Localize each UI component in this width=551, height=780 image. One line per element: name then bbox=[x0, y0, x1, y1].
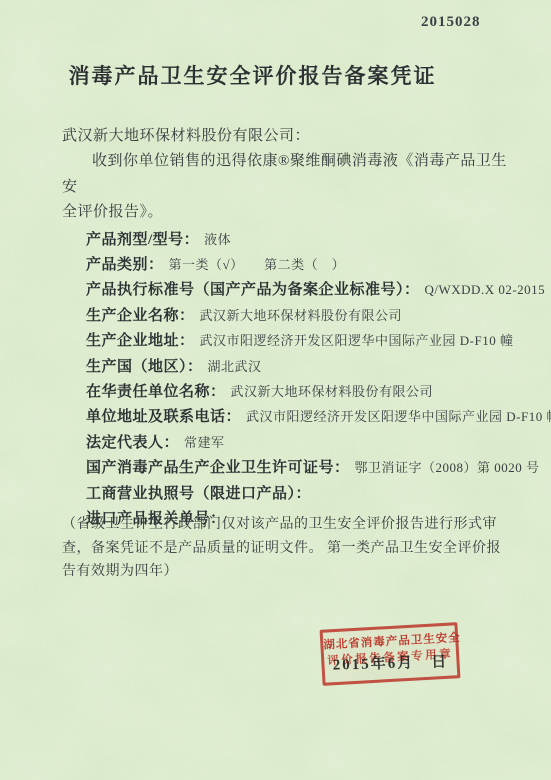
field-row-unit-address-phone: 单位地址及联系电话：武汉市阳逻经济开发区阳逻华中国际产业园 D-F10 幢 bbox=[86, 404, 508, 429]
field-value: 武汉新大地环保材料股份有限公司 bbox=[231, 384, 434, 399]
field-row-product-category: 产品类别：第一类（√） 第二类（ ） bbox=[86, 252, 508, 277]
field-value: 常建军 bbox=[184, 435, 225, 450]
document-number: 2015028 bbox=[421, 14, 481, 31]
field-label: 产品执行标准号（国产产品为备案企业标准号）： bbox=[86, 282, 420, 298]
page-title: 消毒产品卫生安全评价报告备案凭证 bbox=[0, 60, 505, 90]
certificate-content: 2015028 消毒产品卫生安全评价报告备案凭证 武汉新大地环保材料股份有限公司… bbox=[0, 0, 551, 780]
field-label: 法定代表人： bbox=[86, 435, 179, 451]
field-row-standard-number: 产品执行标准号（国产产品为备案企业标准号）：Q/WXDD.X 02-2015 bbox=[86, 277, 508, 302]
field-label: 单位地址及联系电话： bbox=[86, 409, 241, 425]
field-row-hygiene-license: 国产消毒产品生产企业卫生许可证号：鄂卫消证字（2008）第 0020 号 bbox=[86, 455, 508, 480]
footnote-text: （省级卫生计生行政部门仅对该产品的卫生安全评价报告进行形式审查，备案凭证不是产品… bbox=[62, 513, 506, 584]
field-value: 湖北武汉 bbox=[208, 359, 262, 374]
field-label: 生产国（地区）： bbox=[86, 359, 203, 375]
field-value: 鄂卫消证字（2008）第 0020 号 bbox=[355, 460, 540, 475]
field-row-manufacturer-address: 生产企业地址：武汉市阳逻经济开发区阳逻华中国际产业园 D-F10 幢 bbox=[86, 328, 508, 353]
field-value: 武汉市阳逻经济开发区阳逻华中国际产业园 D-F10 幢 bbox=[246, 409, 551, 424]
field-value: 第一类（√） 第二类（ ） bbox=[169, 257, 346, 272]
field-row-dosage-form: 产品剂型/型号：液体 bbox=[86, 227, 508, 252]
field-label: 生产企业名称： bbox=[86, 308, 195, 324]
field-label: 产品类别： bbox=[86, 257, 164, 273]
field-row-manufacturer-name: 生产企业名称：武汉新大地环保材料股份有限公司 bbox=[86, 303, 508, 328]
stamp-date-overlay: 2015年6月 日 bbox=[324, 650, 457, 675]
field-label: 国产消毒产品生产企业卫生许可证号： bbox=[86, 460, 350, 476]
field-row-business-license: 工商营业执照号（限进口产品）： bbox=[86, 481, 508, 506]
field-row-legal-representative: 法定代表人：常建军 bbox=[86, 430, 508, 455]
certificate-body: 武汉新大地环保材料股份有限公司： 收到你单位销售的迅得依康®聚维酮碘消毒液《消毒… bbox=[62, 124, 508, 531]
field-label: 产品剂型/型号： bbox=[86, 232, 199, 248]
addressee-line: 武汉新大地环保材料股份有限公司： bbox=[62, 124, 508, 149]
intro-paragraph-line2: 全评价报告》。 bbox=[62, 200, 508, 225]
field-value: 液体 bbox=[204, 232, 231, 247]
certificate-page: 2015028 消毒产品卫生安全评价报告备案凭证 武汉新大地环保材料股份有限公司… bbox=[0, 0, 551, 780]
intro-paragraph-line1: 收到你单位销售的迅得依康®聚维酮碘消毒液《消毒产品卫生安 bbox=[62, 149, 508, 200]
field-row-country-region: 生产国（地区）：湖北武汉 bbox=[86, 354, 508, 379]
field-value: Q/WXDD.X 02-2015 bbox=[425, 282, 546, 297]
field-list: 产品剂型/型号：液体 产品类别：第一类（√） 第二类（ ） 产品执行标准号（国产… bbox=[62, 227, 508, 532]
field-label: 在华责任单位名称： bbox=[86, 384, 226, 400]
field-value: 武汉新大地环保材料股份有限公司 bbox=[200, 308, 403, 323]
field-label: 工商营业执照号（限进口产品）： bbox=[86, 486, 311, 502]
field-label: 生产企业地址： bbox=[86, 333, 195, 349]
official-red-stamp: 湖北省消毒产品卫生安全 评价报告备案专用章 2015年6月 日 bbox=[320, 622, 461, 686]
field-value: 武汉市阳逻经济开发区阳逻华中国际产业园 D-F10 幢 bbox=[200, 333, 514, 348]
field-row-responsible-unit: 在华责任单位名称：武汉新大地环保材料股份有限公司 bbox=[86, 379, 508, 404]
